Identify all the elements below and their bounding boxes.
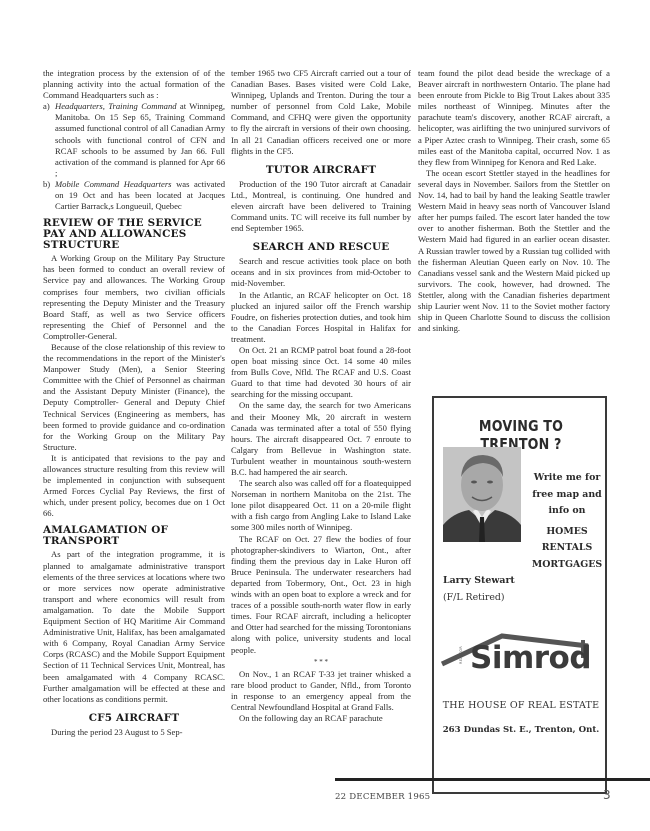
paragraph: The RCAF on Oct. 27 flew the bodies of f…: [231, 534, 411, 656]
column-1: the integration process by the extension…: [43, 68, 225, 738]
portrait-photo: [443, 447, 521, 542]
paragraph: On the following day an RCAF parachute: [231, 713, 411, 724]
paragraph: On Oct. 21 an RCMP patrol boat found a 2…: [231, 345, 411, 400]
column-3: team found the pilot dead beside the wre…: [418, 68, 610, 334]
paragraph: Because of the close relationship of thi…: [43, 342, 225, 453]
paragraph: The search also was called off for a flo…: [231, 478, 411, 533]
list-item: a) Headquarters, Training Command at Win…: [43, 101, 225, 179]
portrait-image: [443, 447, 521, 542]
footer-rule: [335, 778, 650, 781]
section-heading: REVIEW OF THE SERVICE PAY AND ALLOWANCES…: [43, 218, 225, 251]
section-heading: TUTOR AIRCRAFT: [231, 165, 411, 176]
ad-offer: Write me for free map and info on HOMES …: [527, 470, 607, 573]
paragraph: Search and rescue activities took place …: [231, 256, 411, 289]
paragraph: During the period 23 August to 5 Sep-: [43, 727, 225, 738]
section-heading: AMALGAMATION OF TRANSPORT: [43, 525, 225, 547]
brand-address: 263 Dundas St. E., Trenton, Ont.: [436, 725, 606, 735]
paragraph: As part of the integration programme, it…: [43, 549, 225, 704]
section-heading: SEARCH AND RESCUE: [231, 242, 411, 253]
paragraph: team found the pilot dead beside the wre…: [418, 68, 610, 168]
paragraph: A Working Group on the Military Pay Stru…: [43, 253, 225, 342]
paragraph: Production of the 190 Tutor aircraft at …: [231, 179, 411, 234]
paragraph: tember 1965 two CF5 Aircraft carried out…: [231, 68, 411, 157]
paragraph: It is anticipated that revisions to the …: [43, 453, 225, 520]
separator-asterisks: * * *: [231, 658, 411, 666]
column-2: tember 1965 two CF5 Aircraft carried out…: [231, 68, 411, 724]
brand-logo: Simrod: [470, 640, 591, 676]
paragraph: The ocean escort Stettler stayed in the …: [418, 168, 610, 334]
paragraph: In the Atlantic, an RCAF helicopter on O…: [231, 290, 411, 345]
paragraph: On the same day, the search for two Amer…: [231, 400, 411, 478]
page-number: 3: [603, 788, 611, 802]
brand-subtext: REALTOR: [459, 646, 463, 664]
agent-name: Larry Stewart: [443, 575, 515, 586]
intro-text: the integration process by the extension…: [43, 68, 225, 101]
command-list: a) Headquarters, Training Command at Win…: [43, 101, 225, 212]
agent-title: (F/L Retired): [443, 592, 505, 603]
list-item: b) Mobile Command Headquarters was activ…: [43, 179, 225, 212]
section-heading: CF5 AIRCRAFT: [43, 713, 225, 724]
brand-tagline: THE HOUSE OF REAL ESTATE: [436, 700, 606, 711]
paragraph: On Nov., 1 an RCAF T-33 jet trainer whis…: [231, 669, 411, 713]
issue-date: 22 DECEMBER 1965: [335, 792, 430, 802]
